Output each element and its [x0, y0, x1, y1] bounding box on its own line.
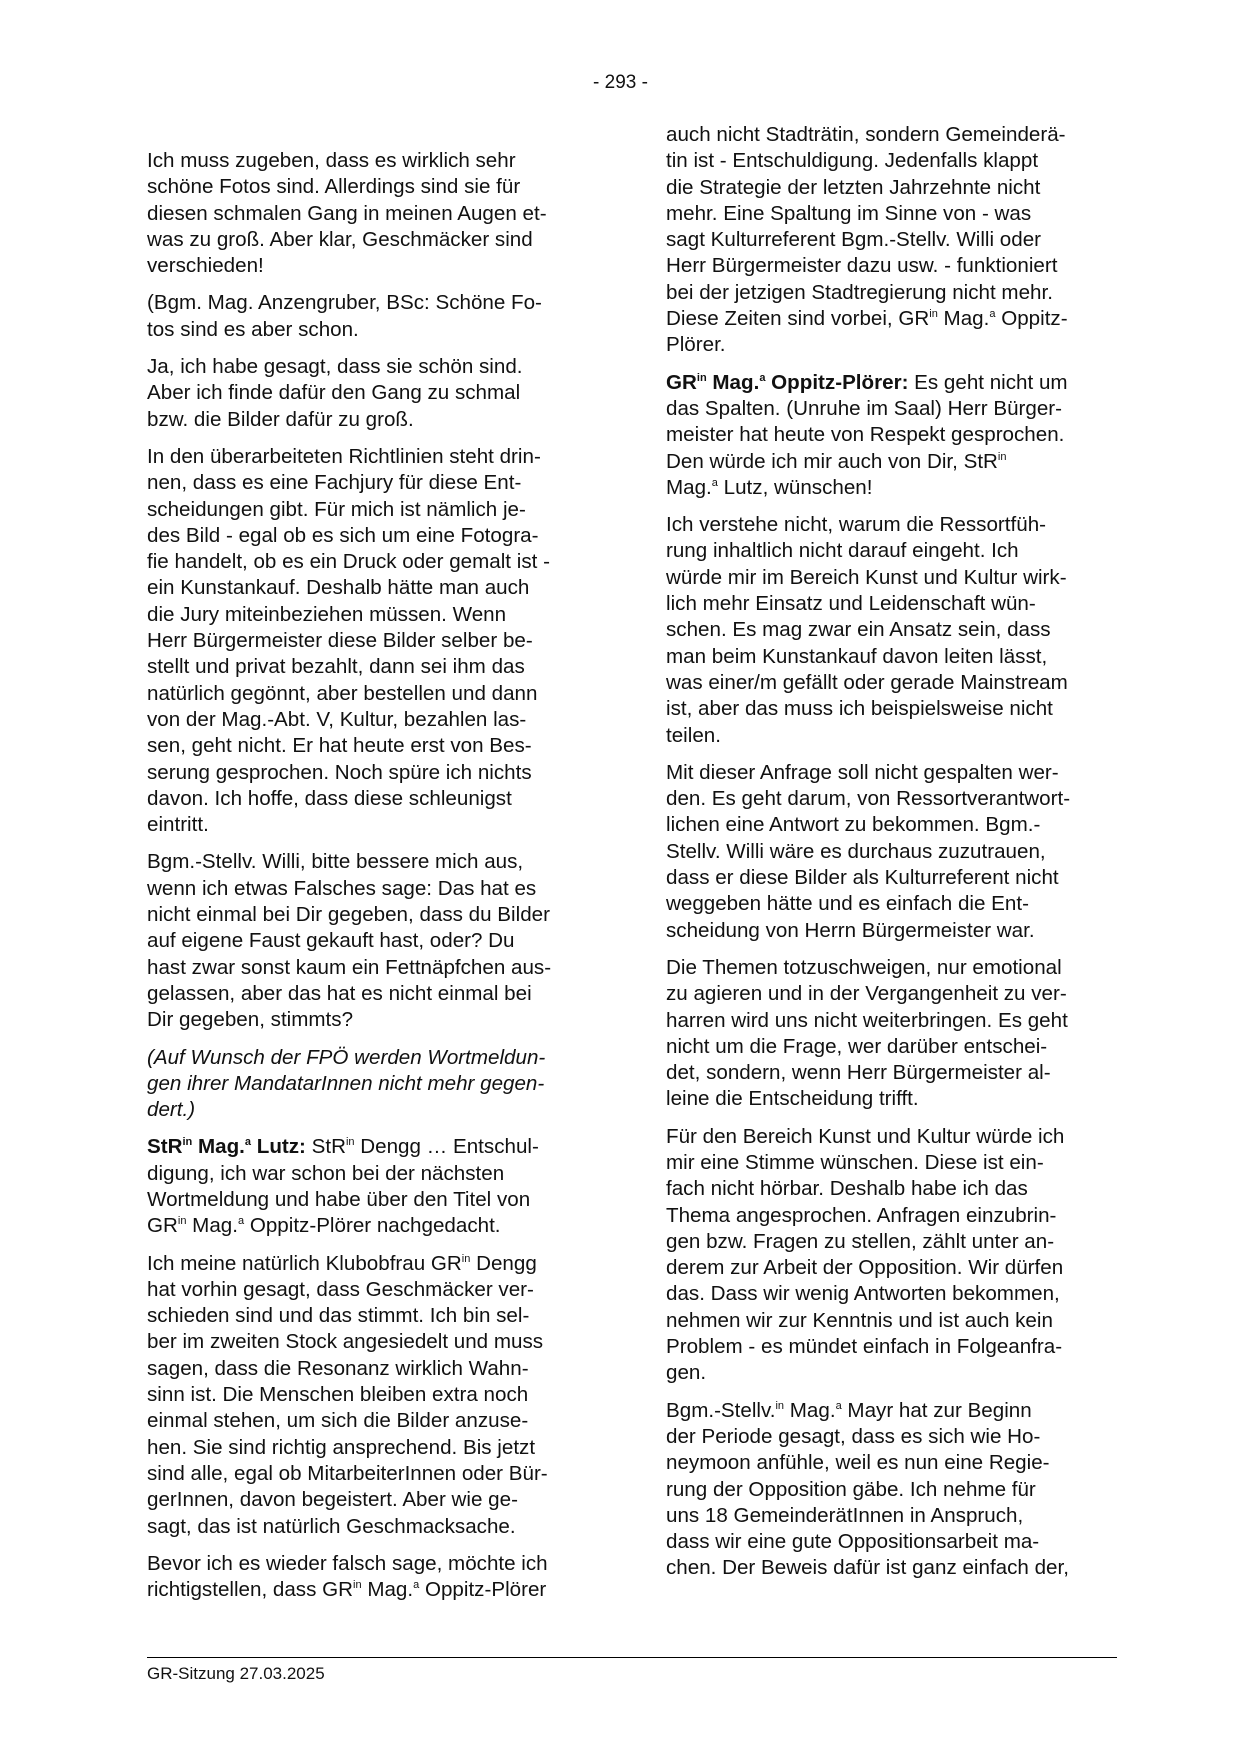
text-line: sind alle, egal ob MitarbeiterInnen oder…	[147, 1461, 617, 1487]
text-line: Ich verstehe nicht, warum die Ressortfüh…	[666, 512, 1136, 538]
text-line: uns 18 GemeinderätInnen in Anspruch,	[666, 1503, 1136, 1529]
text-line: mehr. Eine Spaltung im Sinne von - was	[666, 201, 1136, 227]
text-line: rung der Opposition gäbe. Ich nehme für	[666, 1477, 1136, 1503]
text-line: richtigstellen, dass GRin Mag.a Oppitz-P…	[147, 1577, 617, 1603]
text-line: ist, aber das muss ich beispielsweise ni…	[666, 696, 1136, 722]
text-line: dert.)	[147, 1097, 617, 1123]
text-line: tin ist - Entschuldigung. Jedenfalls kla…	[666, 148, 1136, 174]
text-line: tos sind es aber schon.	[147, 317, 617, 343]
text-line: davon. Ich hoffe, dass diese schleunigst	[147, 786, 617, 812]
text-line: man beim Kunstankauf davon leiten lässt,	[666, 644, 1136, 670]
speaker-name: GRin Mag.a Oppitz-Plörer:	[666, 371, 908, 394]
text-line: den. Es geht darum, von Ressortverantwor…	[666, 786, 1136, 812]
paragraph: Die Themen totzuschweigen, nur emotional…	[666, 955, 1136, 1113]
text-line: GRin Mag.a Oppitz-Plörer: Es geht nicht …	[666, 370, 1136, 396]
text-line: die Jury miteinbeziehen müssen. Wenn	[147, 602, 617, 628]
paragraph: Ich meine natürlich Klubobfrau GRin Deng…	[147, 1251, 617, 1540]
text-line: eintritt.	[147, 812, 617, 838]
text-line: lich mehr Einsatz und Leidenschaft wün-	[666, 591, 1136, 617]
text-line: natürlich gegönnt, aber bestellen und da…	[147, 681, 617, 707]
text-line: chen. Der Beweis dafür ist ganz einfach …	[666, 1555, 1136, 1581]
text-line: hen. Sie sind richtig ansprechend. Bis j…	[147, 1435, 617, 1461]
paragraph: Bevor ich es wieder falsch sage, möchte …	[147, 1551, 617, 1604]
text-line: würde mir im Bereich Kunst und Kultur wi…	[666, 565, 1136, 591]
text-line: (Bgm. Mag. Anzengruber, BSc: Schöne Fo-	[147, 290, 617, 316]
text-line: sen, geht nicht. Er hat heute erst von B…	[147, 733, 617, 759]
text-line: Für den Bereich Kunst und Kultur würde i…	[666, 1124, 1136, 1150]
text-line: hast zwar sonst kaum ein Fettnäpfchen au…	[147, 955, 617, 981]
text-line: schöne Fotos sind. Allerdings sind sie f…	[147, 174, 617, 200]
text-line: nen, dass es eine Fachjury für diese Ent…	[147, 470, 617, 496]
text-line: gen.	[666, 1360, 1136, 1386]
paragraph: In den überarbeiteten Richtlinien steht …	[147, 444, 617, 838]
text-line: nicht einmal bei Dir gegeben, dass du Bi…	[147, 902, 617, 928]
right-column: auch nicht Stadträtin, sondern Gemeinder…	[666, 122, 1136, 1593]
speaker-paragraph: GRin Mag.a Oppitz-Plörer: Es geht nicht …	[666, 370, 1136, 501]
text-line: nehmen wir zur Kenntnis und ist auch kei…	[666, 1308, 1136, 1334]
text-line: dass er diese Bilder als Kulturreferent …	[666, 865, 1136, 891]
text-line: die Strategie der letzten Jahrzehnte nic…	[666, 175, 1136, 201]
paragraph: auch nicht Stadträtin, sondern Gemeinder…	[666, 122, 1136, 359]
text-line: bzw. die Bilder dafür zu groß.	[147, 407, 617, 433]
text-line: das Spalten. (Unruhe im Saal) Herr Bürge…	[666, 396, 1136, 422]
text-line: Ich muss zugeben, dass es wirklich sehr	[147, 148, 617, 174]
text-line: Bevor ich es wieder falsch sage, möchte …	[147, 1551, 617, 1577]
text-line: stellt und privat bezahlt, dann sei ihm …	[147, 654, 617, 680]
text-line: einmal stehen, um sich die Bilder anzuse…	[147, 1408, 617, 1434]
text-line: Herr Bürgermeister dazu usw. - funktioni…	[666, 253, 1136, 279]
paragraph: Bgm.-Stellv. Willi, bitte bessere mich a…	[147, 849, 617, 1033]
text-line: StRin Mag.a Lutz: StRin Dengg … Entschul…	[147, 1134, 617, 1160]
text-line: scheidung von Herrn Bürgermeister war.	[666, 918, 1136, 944]
text-line: was zu groß. Aber klar, Geschmäcker sind	[147, 227, 617, 253]
text-line: fach nicht hörbar. Deshalb habe ich das	[666, 1176, 1136, 1202]
text-line: mir eine Stimme wünschen. Diese ist ein-	[666, 1150, 1136, 1176]
text-line: gerInnen, davon begeistert. Aber wie ge-	[147, 1487, 617, 1513]
page-number: - 293 -	[0, 72, 1241, 94]
text-line: das. Dass wir wenig Antworten bekommen,	[666, 1281, 1136, 1307]
text-line: neymoon anfühle, weil es nun eine Regie-	[666, 1450, 1136, 1476]
text-line: det, sondern, wenn Herr Bürgermeister al…	[666, 1060, 1136, 1086]
paragraph: Bgm.-Stellv.in Mag.a Mayr hat zur Beginn…	[666, 1398, 1136, 1582]
text-line: hat vorhin gesagt, dass Geschmäcker ver-	[147, 1277, 617, 1303]
text-line: verschieden!	[147, 253, 617, 279]
text-line: Ja, ich habe gesagt, dass sie schön sind…	[147, 354, 617, 380]
text-line: leine die Entscheidung trifft.	[666, 1086, 1136, 1112]
paragraph: Ich verstehe nicht, warum die Ressortfüh…	[666, 512, 1136, 749]
text-line: Bgm.-Stellv.in Mag.a Mayr hat zur Beginn	[666, 1398, 1136, 1424]
text-line: scheidungen gibt. Für mich ist nämlich j…	[147, 497, 617, 523]
text-line: Diese Zeiten sind vorbei, GRin Mag.a Opp…	[666, 306, 1136, 332]
text-line: teilen.	[666, 723, 1136, 749]
speaker-paragraph: StRin Mag.a Lutz: StRin Dengg … Entschul…	[147, 1134, 617, 1239]
text-line: gen ihrer MandatarInnen nicht mehr gegen…	[147, 1071, 617, 1097]
text-line: gen bzw. Fragen zu stellen, zählt unter …	[666, 1229, 1136, 1255]
text-line: sagt Kulturreferent Bgm.-Stellv. Willi o…	[666, 227, 1136, 253]
text-line: Herr Bürgermeister diese Bilder selber b…	[147, 628, 617, 654]
text-line: rung inhaltlich nicht darauf eingeht. Ic…	[666, 538, 1136, 564]
text-line: GRin Mag.a Oppitz-Plörer nachgedacht.	[147, 1213, 617, 1239]
text-line: von der Mag.-Abt. V, Kultur, bezahlen la…	[147, 707, 617, 733]
text-line: ein Kunstankauf. Deshalb hätte man auch	[147, 575, 617, 601]
text-line: derem zur Arbeit der Opposition. Wir dür…	[666, 1255, 1136, 1281]
text-line: weggeben hätte und es einfach die Ent-	[666, 891, 1136, 917]
text-line: nicht um die Frage, wer darüber entschei…	[666, 1034, 1136, 1060]
text-line: schen. Es mag zwar ein Ansatz sein, dass	[666, 617, 1136, 643]
text-line: ber im zweiten Stock angesiedelt und mus…	[147, 1329, 617, 1355]
text-line: Thema angesprochen. Anfragen einzubrin-	[666, 1203, 1136, 1229]
text-line: Bgm.-Stellv. Willi, bitte bessere mich a…	[147, 849, 617, 875]
footer-divider	[147, 1657, 1117, 1658]
text-line: Plörer.	[666, 332, 1136, 358]
text-line: was einer/m gefällt oder gerade Mainstre…	[666, 670, 1136, 696]
text-line: lichen eine Antwort zu bekommen. Bgm.-	[666, 812, 1136, 838]
text-line: (Auf Wunsch der FPÖ werden Wortmeldun-	[147, 1045, 617, 1071]
text-line: Stellv. Willi wäre es durchaus zuzutraue…	[666, 839, 1136, 865]
text-line: dass wir eine gute Oppositionsarbeit ma-	[666, 1529, 1136, 1555]
text-line: In den überarbeiteten Richtlinien steht …	[147, 444, 617, 470]
text-line: bei der jetzigen Stadtregierung nicht me…	[666, 280, 1136, 306]
text-line: digung, ich war schon bei der nächsten	[147, 1161, 617, 1187]
text-line: gelassen, aber das hat es nicht einmal b…	[147, 981, 617, 1007]
text-line: auch nicht Stadträtin, sondern Gemeinder…	[666, 122, 1136, 148]
text-line: Aber ich finde dafür den Gang zu schmal	[147, 380, 617, 406]
text-line: fie handelt, ob es ein Druck oder gemalt…	[147, 549, 617, 575]
left-column: Ich muss zugeben, dass es wirklich sehr …	[147, 148, 617, 1614]
text-line: zu agieren und in der Vergangenheit zu v…	[666, 981, 1136, 1007]
text-line: meister hat heute von Respekt gesprochen…	[666, 422, 1136, 448]
text-line: Den würde ich mir auch von Dir, StRin	[666, 449, 1136, 475]
paragraph: Mit dieser Anfrage soll nicht gespalten …	[666, 760, 1136, 944]
text-line: serung gesprochen. Noch spüre ich nichts	[147, 760, 617, 786]
text-line: wenn ich etwas Falsches sage: Das hat es	[147, 876, 617, 902]
text-line: Die Themen totzuschweigen, nur emotional	[666, 955, 1136, 981]
text-line: der Periode gesagt, dass es sich wie Ho-	[666, 1424, 1136, 1450]
paragraph: Für den Bereich Kunst und Kultur würde i…	[666, 1124, 1136, 1387]
text-line: auf eigene Faust gekauft hast, oder? Du	[147, 928, 617, 954]
text-line: Problem - es mündet einfach in Folgeanfr…	[666, 1334, 1136, 1360]
speaker-name: StRin Mag.a Lutz:	[147, 1135, 306, 1158]
footer-session-date: GR-Sitzung 27.03.2025	[147, 1664, 325, 1684]
text-line: Mit dieser Anfrage soll nicht gespalten …	[666, 760, 1136, 786]
text-line: diesen schmalen Gang in meinen Augen et-	[147, 201, 617, 227]
paragraph: Ich muss zugeben, dass es wirklich sehr …	[147, 148, 617, 279]
text-line: des Bild - egal ob es sich um eine Fotog…	[147, 523, 617, 549]
editorial-note: (Auf Wunsch der FPÖ werden Wortmeldun- g…	[147, 1045, 617, 1124]
paragraph: Ja, ich habe gesagt, dass sie schön sind…	[147, 354, 617, 433]
text-line: Wortmeldung und habe über den Titel von	[147, 1187, 617, 1213]
interjection-paragraph: (Bgm. Mag. Anzengruber, BSc: Schöne Fo- …	[147, 290, 617, 343]
text-line: Ich meine natürlich Klubobfrau GRin Deng…	[147, 1251, 617, 1277]
text-line: sagen, dass die Resonanz wirklich Wahn-	[147, 1356, 617, 1382]
text-line: harren wird uns nicht weiterbringen. Es …	[666, 1008, 1136, 1034]
text-line: Mag.a Lutz, wünschen!	[666, 475, 1136, 501]
text-line: schieden sind und das stimmt. Ich bin se…	[147, 1303, 617, 1329]
text-line: sagt, das ist natürlich Geschmacksache.	[147, 1514, 617, 1540]
text-line: Dir gegeben, stimmts?	[147, 1007, 617, 1033]
text-line: sinn ist. Die Menschen bleiben extra noc…	[147, 1382, 617, 1408]
